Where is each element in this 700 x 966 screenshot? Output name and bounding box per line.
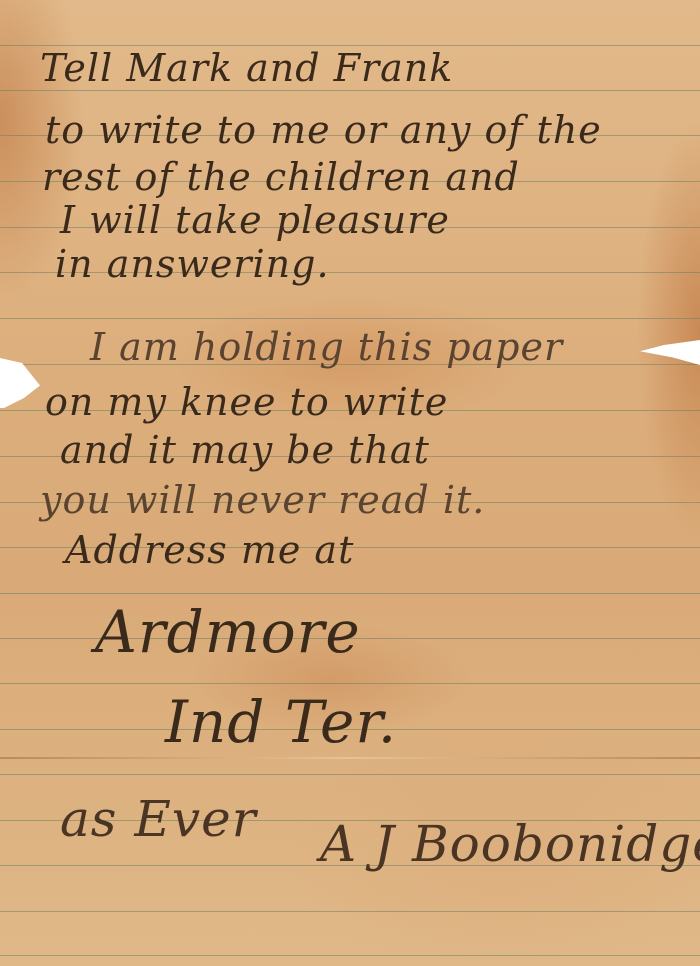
handwritten-line-2: to write to me or any of the [45,108,602,152]
handwritten-line-7: on my knee to write [45,380,448,424]
paper-fold [0,757,700,759]
closing: as Ever [60,790,257,848]
rule-line [0,593,700,594]
handwritten-line-1: Tell Mark and Frank [40,46,453,90]
handwritten-line-11: Ardmore [95,598,361,666]
handwritten-line-12: Ind Ter. [165,688,397,756]
rule-line [0,90,700,91]
signature: A J Boobonidge [320,815,700,873]
handwritten-line-10: Address me at [65,528,354,572]
handwritten-line-3: rest of the children and [42,155,520,199]
rule-line [0,683,700,684]
rule-line [0,774,700,775]
handwritten-line-4: I will take pleasure [60,198,450,242]
handwritten-line-5: in answering. [55,242,330,286]
rule-line [0,911,700,912]
rule-line [0,318,700,319]
rule-line [0,955,700,956]
handwritten-line-8: and it may be that [60,428,430,472]
letter-page: Tell Mark and Frank to write to me or an… [0,0,700,966]
handwritten-line-9: you will never read it. [40,478,485,522]
handwritten-line-6: I am holding this paper [90,325,563,369]
